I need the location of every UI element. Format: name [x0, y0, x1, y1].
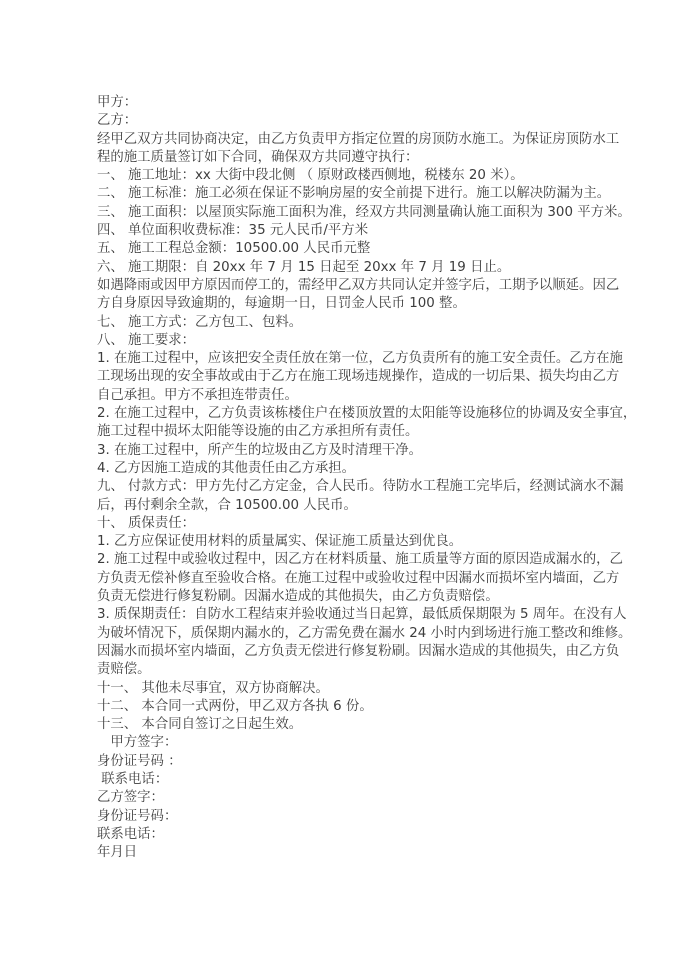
intro-paragraph: 经甲乙双方共同协商决定，由乙方负责甲方指定位置的房顶防水施工。为保证房顶防水工 …: [97, 131, 642, 168]
party-b-line: 乙方：: [97, 112, 642, 130]
clause-duration: 六、 施工期限：自 20xx 年 7 月 15 日起至 20xx 年 7 月 1…: [97, 259, 642, 314]
signature-date-line: 年月日: [97, 844, 642, 862]
signature-party-b-phone-line: 联系电话：: [97, 826, 642, 844]
party-a-line: 甲方：: [97, 94, 642, 112]
clause-total-amount: 五、 施工工程总金额：10500.00 人民币元整: [97, 240, 642, 258]
clause-other-matters: 十一、 其他未尽事宜，双方协商解决。: [97, 680, 642, 698]
signature-party-b-id-line: 身份证号码：: [97, 808, 642, 826]
signature-party-a-phone-line: 联系电话：: [97, 771, 642, 789]
clause-unit-price: 四、 单位面积收费标准：35 元人民币/平方米: [97, 222, 642, 240]
clause-warranty: 十、 质保责任： 1. 乙方应保证使用材料的质量属实、保证施工质量达到优良。 2…: [97, 515, 642, 680]
clause-copies: 十二、 本合同一式两份，甲乙双方各执 6 份。: [97, 698, 642, 716]
clause-method: 七、 施工方式：乙方包工、包料。: [97, 314, 642, 332]
clause-address: 一、 施工地址：xx 大街中段北侧 （ 原财政楼西侧地，税楼东 20 米）。: [97, 167, 642, 185]
clause-payment: 九、 付款方式：甲方先付乙方定金，合人民币。待防水工程施工完毕后，经测试滴水不漏…: [97, 478, 642, 515]
clause-effective-date: 十三、 本合同自签订之日起生效。: [97, 716, 642, 734]
clause-standard: 二、 施工标准：施工必须在保证不影响房屋的安全前提下进行。施工以解决防漏为主。: [97, 185, 642, 203]
clause-requirements: 八、 施工要求： 1. 在施工过程中，应该把安全责任放在第一位，乙方负责所有的施…: [97, 332, 642, 478]
signature-party-b-line: 乙方签字：: [97, 789, 642, 807]
contract-page: 甲方： 乙方： 经甲乙双方共同协商决定，由乙方负责甲方指定位置的房顶防水施工。为…: [0, 0, 690, 976]
signature-party-a-line: 甲方签字：: [97, 734, 642, 752]
contract-document: 甲方： 乙方： 经甲乙双方共同协商决定，由乙方负责甲方指定位置的房顶防水施工。为…: [0, 0, 690, 862]
signature-party-a-id-line: 身份证号码 ：: [97, 753, 642, 771]
clause-area: 三、 施工面积：以屋顶实际施工面积为准，经双方共同测量确认施工面积为 300 平…: [97, 204, 642, 222]
